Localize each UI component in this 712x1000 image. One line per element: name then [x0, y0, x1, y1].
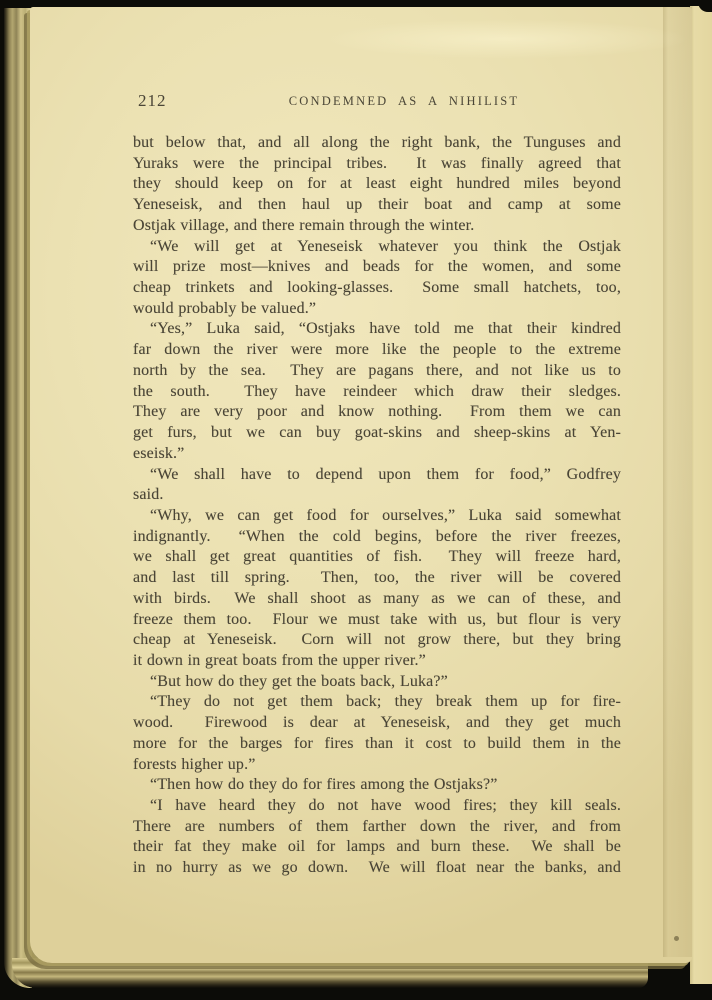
text-line: There are numbers of them farther down t…	[133, 817, 621, 838]
text-line: said.	[133, 485, 621, 506]
text-line: with birds. We shall shoot as many as we…	[133, 589, 621, 610]
text-line: more for the barges for fires than it co…	[133, 734, 621, 755]
text-line: wood. Firewood is dear at Yeneseisk, and…	[133, 713, 621, 734]
text-line: indignantly. “When the cold begins, befo…	[133, 527, 621, 548]
text-line: “But how do they get the boats back, Luk…	[133, 672, 621, 693]
running-title: CONDEMNED AS A NIHILIST	[289, 94, 520, 109]
text-line: and last till spring. Then, too, the riv…	[133, 568, 621, 589]
text-line: “They do not get them back; they break t…	[133, 692, 621, 713]
text-line: Yuraks were the principal tribes. It was…	[133, 154, 621, 175]
text-line: freeze them too. Flour we must take with…	[133, 610, 621, 631]
page-number: 212	[138, 91, 167, 111]
text-line: “We shall have to depend upon them for f…	[133, 465, 621, 486]
page-header: 212 CONDEMNED AS A NIHILIST	[133, 91, 621, 115]
text-line: they should keep on for at least eight h…	[133, 174, 621, 195]
text-line: cheap at Yeneseisk. Corn will not grow t…	[133, 630, 621, 651]
text-line: get furs, but we can buy goat-skins and …	[133, 423, 621, 444]
text-line: their fat they make oil for lamps and bu…	[133, 837, 621, 858]
book-page: 212 CONDEMNED AS A NIHILIST but below th…	[30, 7, 692, 963]
paper-highlight	[320, 19, 690, 59]
text-line: eseisk.”	[133, 444, 621, 465]
text-line: will prize most—knives and beads for the…	[133, 257, 621, 278]
book-scan: 212 CONDEMNED AS A NIHILIST but below th…	[0, 0, 712, 1000]
paper-speck	[674, 936, 679, 941]
text-line: would probably be valued.”	[133, 299, 621, 320]
text-line: Yeneseisk, and then haul up their boat a…	[133, 195, 621, 216]
text-line: “I have heard they do not have wood fire…	[133, 796, 621, 817]
text-line: we shall get great quantities of fish. T…	[133, 547, 621, 568]
text-line: “Then how do they do for fires among the…	[133, 775, 621, 796]
text-line: “We will get at Yeneseisk whatever you t…	[133, 237, 621, 258]
text-line: “Yes,” Luka said, “Ostjaks have told me …	[133, 319, 621, 340]
text-line: it down in great boats from the upper ri…	[133, 651, 621, 672]
text-line: They are very poor and know nothing. Fro…	[133, 402, 621, 423]
page-text: but below that, and all along the right …	[133, 133, 621, 879]
text-line: but below that, and all along the right …	[133, 133, 621, 154]
text-line: the south. They have reindeer which draw…	[133, 382, 621, 403]
text-line: cheap trinkets and looking-glasses. Some…	[133, 278, 621, 299]
text-line: far down the river were more like the pe…	[133, 340, 621, 361]
text-line: north by the sea. They are pagans there,…	[133, 361, 621, 382]
text-line: in no hurry as we go down. We will float…	[133, 858, 621, 879]
page-edge-right	[690, 6, 712, 984]
page-edges-left	[4, 8, 32, 988]
text-line: Ostjak village, and there remain through…	[133, 216, 621, 237]
text-line: “Why, we can get food for ourselves,” Lu…	[133, 506, 621, 527]
text-line: forests higher up.”	[133, 755, 621, 776]
